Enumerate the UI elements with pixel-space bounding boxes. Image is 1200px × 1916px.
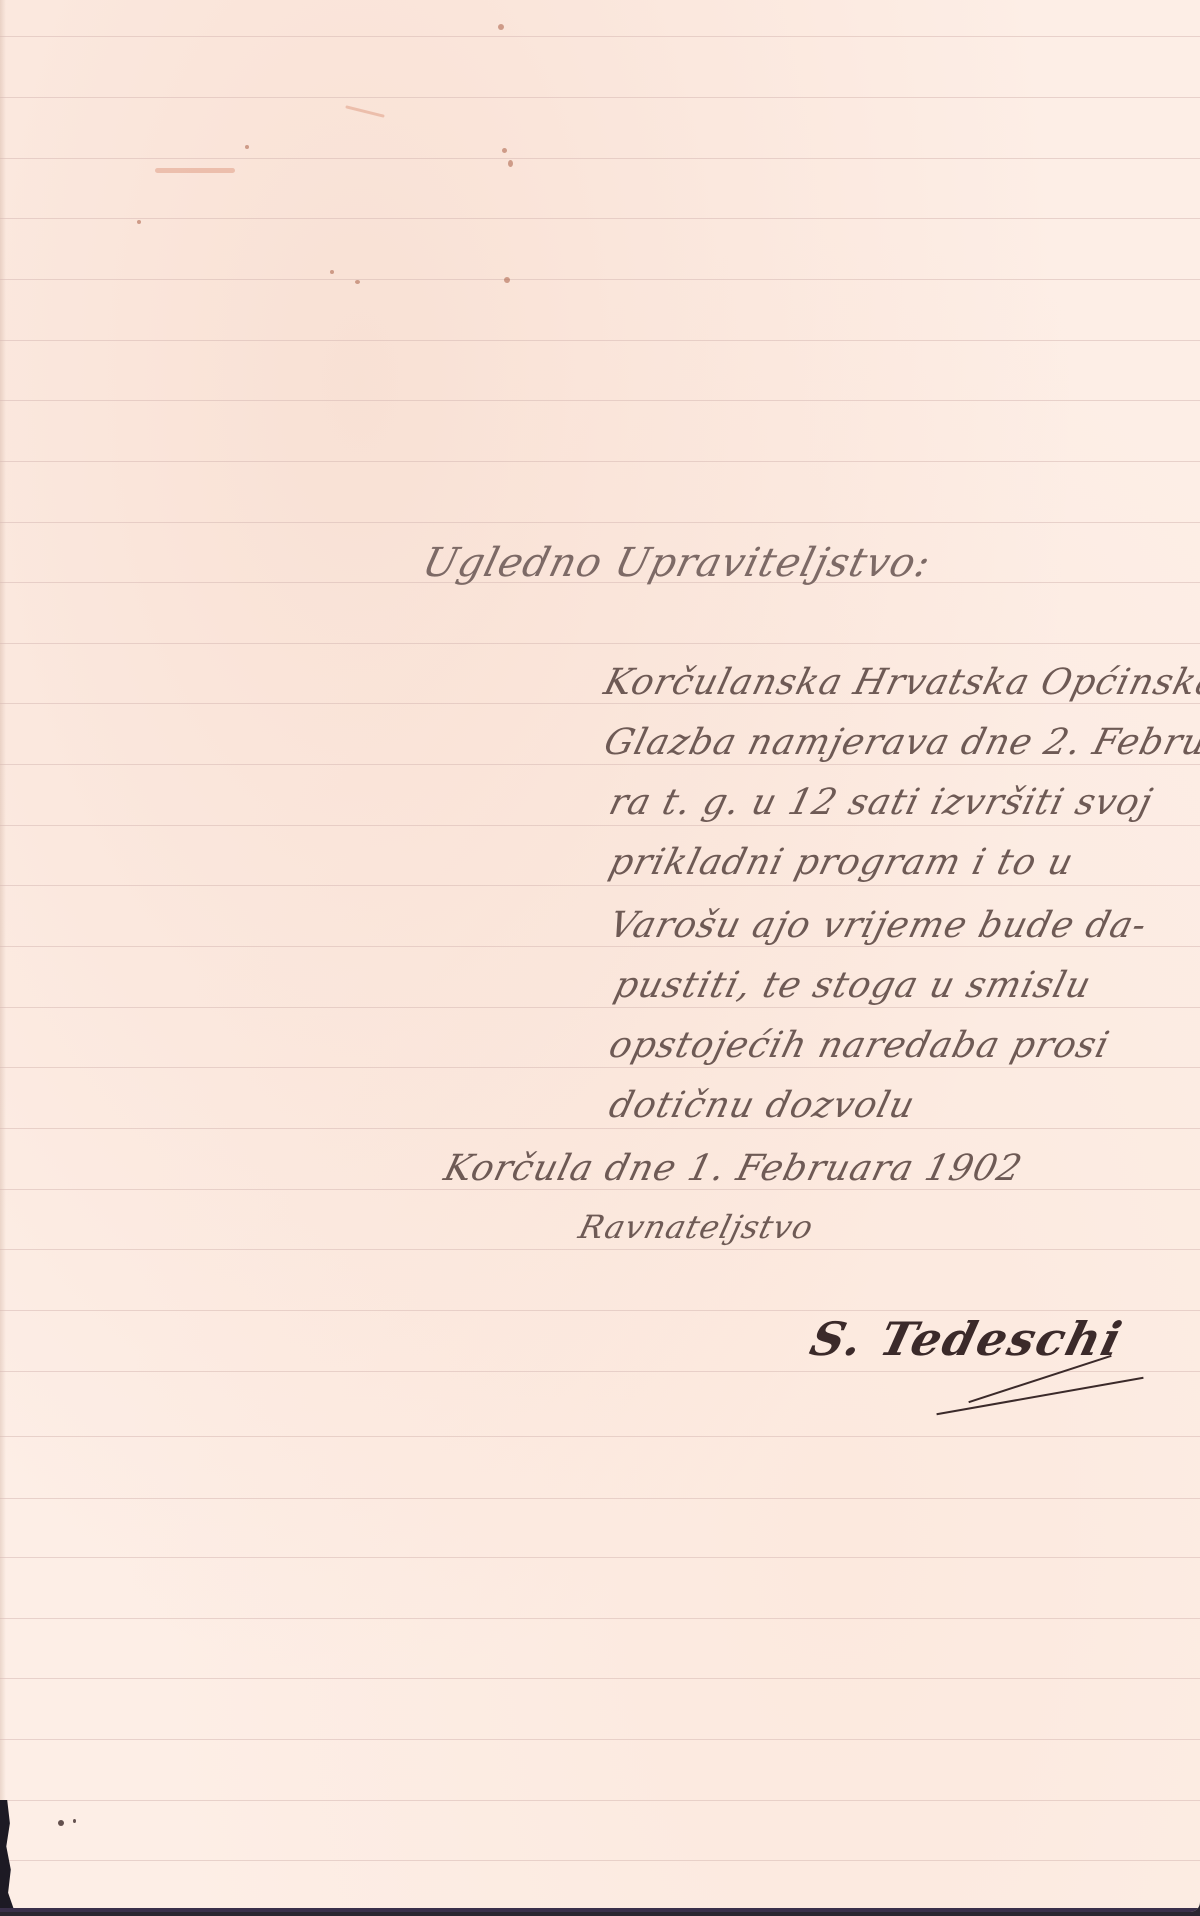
body-line: opstojećih naredaba prosi	[605, 1025, 1114, 1066]
salutation: Ugledno Upraviteljstvo:	[418, 540, 936, 586]
body-line: Korčulanska Hrvatska Općinska	[600, 662, 1200, 703]
body-line: Varošu ajo vrijeme bude da-	[605, 905, 1151, 946]
signature-flourish	[936, 1377, 1143, 1415]
body-line: prikladni program i to u	[605, 842, 1078, 883]
body-line: pustiti, te stoga u smislu	[610, 965, 1095, 1006]
place-date: Korčula dne 1. Februara 1902	[440, 1148, 1027, 1189]
letter-content: Ugledno Upraviteljstvo: Korčulanska Hrva…	[0, 0, 1200, 1916]
closing: Ravnateljstvo	[575, 1208, 818, 1246]
body-line: dotičnu dozvolu	[605, 1085, 919, 1126]
signature: S. Tedeschi	[805, 1312, 1129, 1366]
body-line: ra t. g. u 12 sati izvršiti svoj	[605, 782, 1157, 823]
body-line: Glazba namjerava dne 2. Febru-	[600, 722, 1200, 763]
